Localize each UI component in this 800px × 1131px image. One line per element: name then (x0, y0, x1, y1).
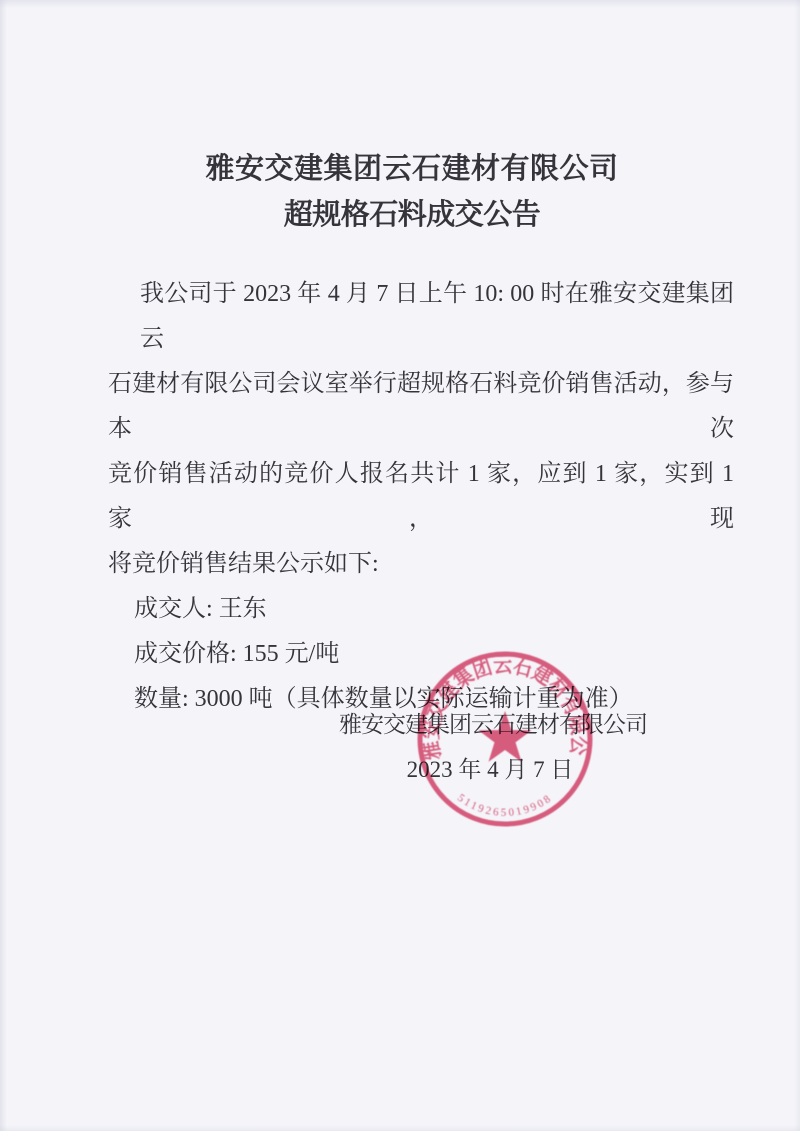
paragraph-line: 竞价销售活动的竞价人报名共计 1 家，应到 1 家，实到 1 家，现 (108, 452, 734, 542)
title-line-1: 雅安交建集团云石建材有限公司 (24, 146, 800, 192)
paragraph-line: 将竞价销售结果公示如下: (108, 542, 734, 587)
document-page: 雅安交建集团云石建材有限公司 超规格石料成交公告 我公司于 2023 年 4 月… (0, 0, 800, 1131)
detail-line-buyer: 成交人: 王东 (108, 587, 734, 632)
official-seal: 雅安交建集团云石建材有限公司 5119265019908 (410, 644, 600, 834)
paragraph-line: 我公司于 2023 年 4 月 7 日上午 10: 00 时在雅安交建集团云 (108, 272, 734, 362)
document-title: 雅安交建集团云石建材有限公司 超规格石料成交公告 (24, 146, 800, 238)
paragraph-line: 石建材有限公司会议室举行超规格石料竞价销售活动，参与本次 (108, 362, 734, 452)
seal-star-icon (478, 711, 531, 762)
title-line-2: 超规格石料成交公告 (24, 192, 800, 238)
